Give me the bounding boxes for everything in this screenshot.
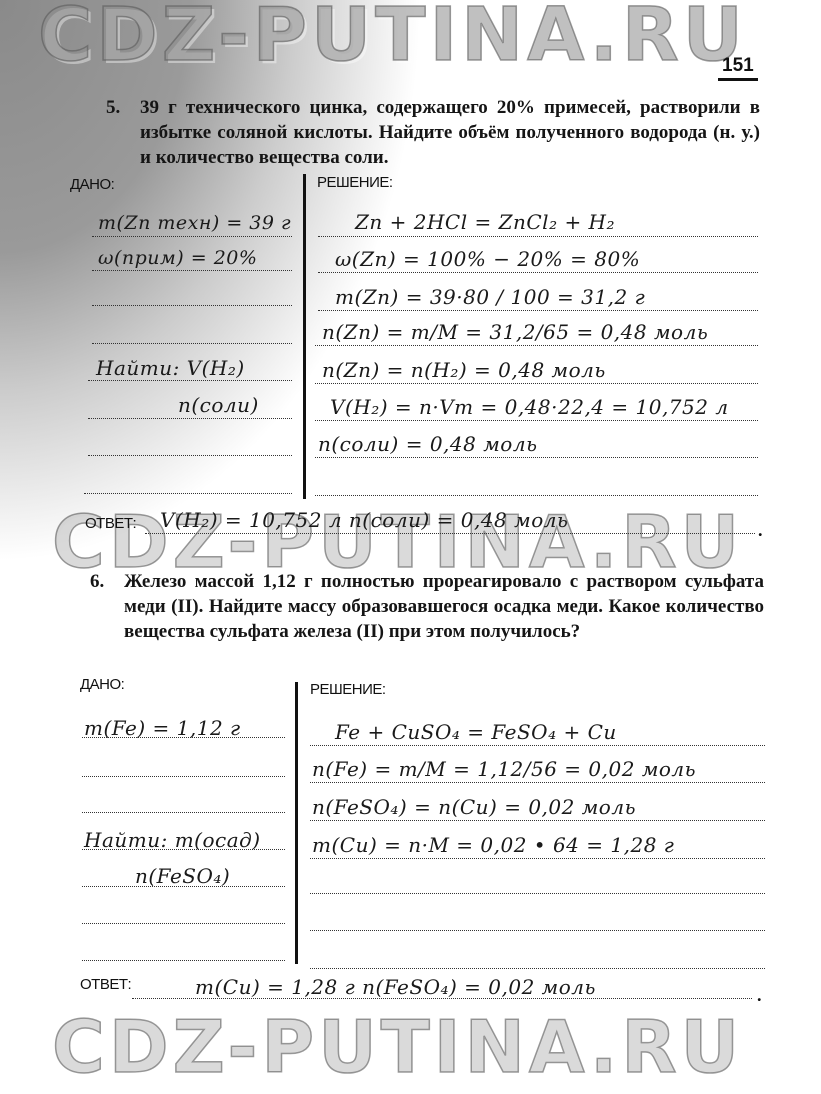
ruled-line: [315, 420, 758, 421]
ruled-line: [315, 495, 758, 496]
ruled-line: [145, 533, 755, 534]
answer-text: V(H₂) = 10,752 л n(соли) = 0,48 моль: [160, 508, 568, 532]
given-label: ДАНО:: [80, 676, 124, 693]
ruled-line: [310, 968, 765, 969]
period: .: [757, 985, 762, 1006]
ruled-line: [82, 960, 285, 961]
ruled-line: [310, 745, 765, 746]
task-text: 39 г технического цинка, содержащего 20%…: [140, 95, 760, 170]
ruled-line: [310, 893, 765, 894]
ruled-line: [92, 236, 292, 237]
answer-label: ОТВЕТ:: [80, 976, 131, 993]
given-label: ДАНО:: [70, 176, 114, 193]
given-line: m(Zn техн) = 39 г: [98, 212, 291, 234]
solution-line: m(Zn) = 39·80 / 100 = 31,2 г: [335, 285, 645, 309]
solution-line: Zn + 2HCl = ZnCl₂ + H₂: [355, 210, 615, 234]
ruled-line: [88, 380, 292, 381]
task-text: Железо массой 1,12 г полностью прореагир…: [124, 569, 764, 644]
task-5: 5. 39 г технического цинка, содержащего …: [140, 95, 760, 170]
solution-line: V(H₂) = n·Vm = 0,48·22,4 = 10,752 л: [330, 395, 729, 419]
ruled-line: [310, 782, 765, 783]
ruled-line: [88, 455, 292, 456]
solution-label: РЕШЕНИЕ:: [310, 681, 386, 698]
ruled-line: [82, 776, 285, 777]
ruled-line: [82, 812, 285, 813]
answer-label: ОТВЕТ:: [85, 515, 136, 532]
given-line: ω(прим) = 20%: [98, 247, 257, 269]
find-line: n(FeSO₄): [135, 864, 230, 888]
task-number: 5.: [106, 95, 120, 120]
solution-line: n(Fe) = m/M = 1,12/56 = 0,02 моль: [312, 757, 696, 781]
ruled-line: [92, 343, 292, 344]
solution-line: n(Zn) = n(H₂) = 0,48 моль: [322, 358, 606, 382]
divider: [295, 682, 298, 964]
ruled-line: [92, 305, 292, 306]
ruled-line: [310, 858, 765, 859]
task-6: 6. Железо массой 1,12 г полностью прореа…: [124, 569, 764, 644]
page-number: 151: [718, 55, 758, 81]
ruled-line: [84, 493, 292, 494]
solution-line: m(Cu) = n·M = 0,02 • 64 = 1,28 г: [312, 833, 674, 857]
ruled-line: [318, 310, 758, 311]
solution-label: РЕШЕНИЕ:: [317, 174, 393, 191]
solution-line: n(соли) = 0,48 моль: [318, 432, 537, 456]
find-line: n(соли): [178, 393, 259, 417]
ruled-line: [315, 345, 758, 346]
period: .: [758, 520, 763, 541]
ruled-line: [310, 820, 765, 821]
solution-line: n(Zn) = m/M = 31,2/65 = 0,48 моль: [322, 320, 708, 344]
given-line: m(Fe) = 1,12 г: [84, 716, 241, 740]
ruled-line: [310, 930, 765, 931]
find-line: Найти: m(осад): [84, 828, 261, 852]
solution-line: n(FeSO₄) = n(Cu) = 0,02 моль: [312, 795, 636, 819]
find-line: Найти: V(H₂): [96, 356, 245, 380]
ruled-line: [92, 270, 292, 271]
ruled-line: [318, 236, 758, 237]
solution-line: Fe + CuSO₄ = FeSO₄ + Cu: [335, 720, 617, 744]
task-number: 6.: [90, 569, 104, 594]
watermark-bottom: CDZ-PUTINA.RU: [52, 1005, 743, 1089]
ruled-line: [315, 457, 758, 458]
divider: [303, 174, 306, 499]
ruled-line: [82, 923, 285, 924]
ruled-line: [315, 383, 758, 384]
answer-text: m(Cu) = 1,28 г n(FeSO₄) = 0,02 моль: [195, 975, 596, 999]
watermark-top: CDZ-PUTINA.RU: [38, 0, 747, 78]
solution-line: ω(Zn) = 100% − 20% = 80%: [335, 247, 640, 271]
ruled-line: [318, 272, 758, 273]
ruled-line: [88, 418, 292, 419]
